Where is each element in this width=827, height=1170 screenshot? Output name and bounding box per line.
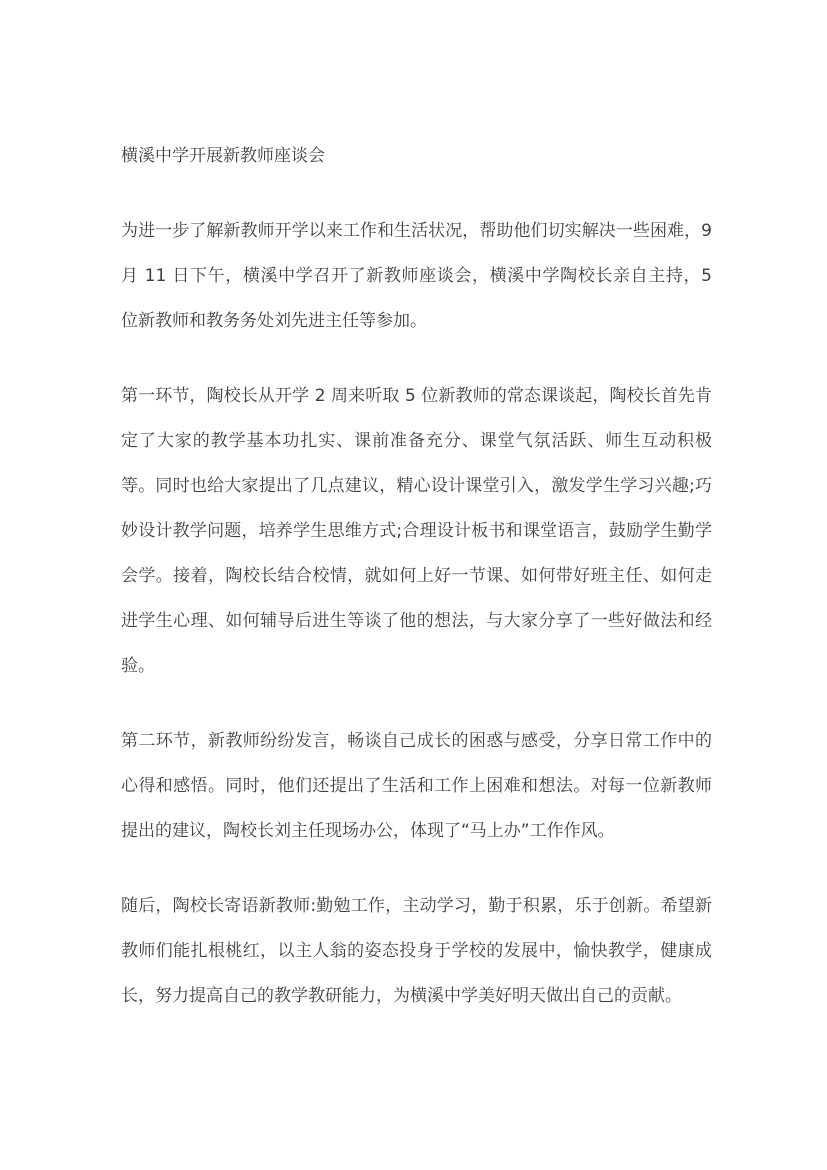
paragraph-closing: 随后，陶校长寄语新教师:勤勉工作，主动学习，勤于积累，乐于创新。希望新教师们能扎… <box>121 884 712 1019</box>
document-content: 横溪中学开展新教师座谈会 为进一步了解新教师开学以来工作和生活状况，帮助他们切实… <box>121 134 712 1049</box>
paragraph-second-session: 第二环节，新教师纷纷发言，畅谈自己成长的困惑与感受，分享日常工作中的心得和感悟。… <box>121 719 712 854</box>
paragraph-first-session: 第一环节，陶校长从开学 2 周来听取 5 位新教师的常态课谈起，陶校长首先肯定了… <box>121 374 712 689</box>
document-title: 横溪中学开展新教师座谈会 <box>121 134 712 179</box>
paragraph-intro: 为进一步了解新教师开学以来工作和生活状况，帮助他们切实解决一些困难，9 月 11… <box>121 209 712 344</box>
document-page: 横溪中学开展新教师座谈会 为进一步了解新教师开学以来工作和生活状况，帮助他们切实… <box>0 0 827 1170</box>
